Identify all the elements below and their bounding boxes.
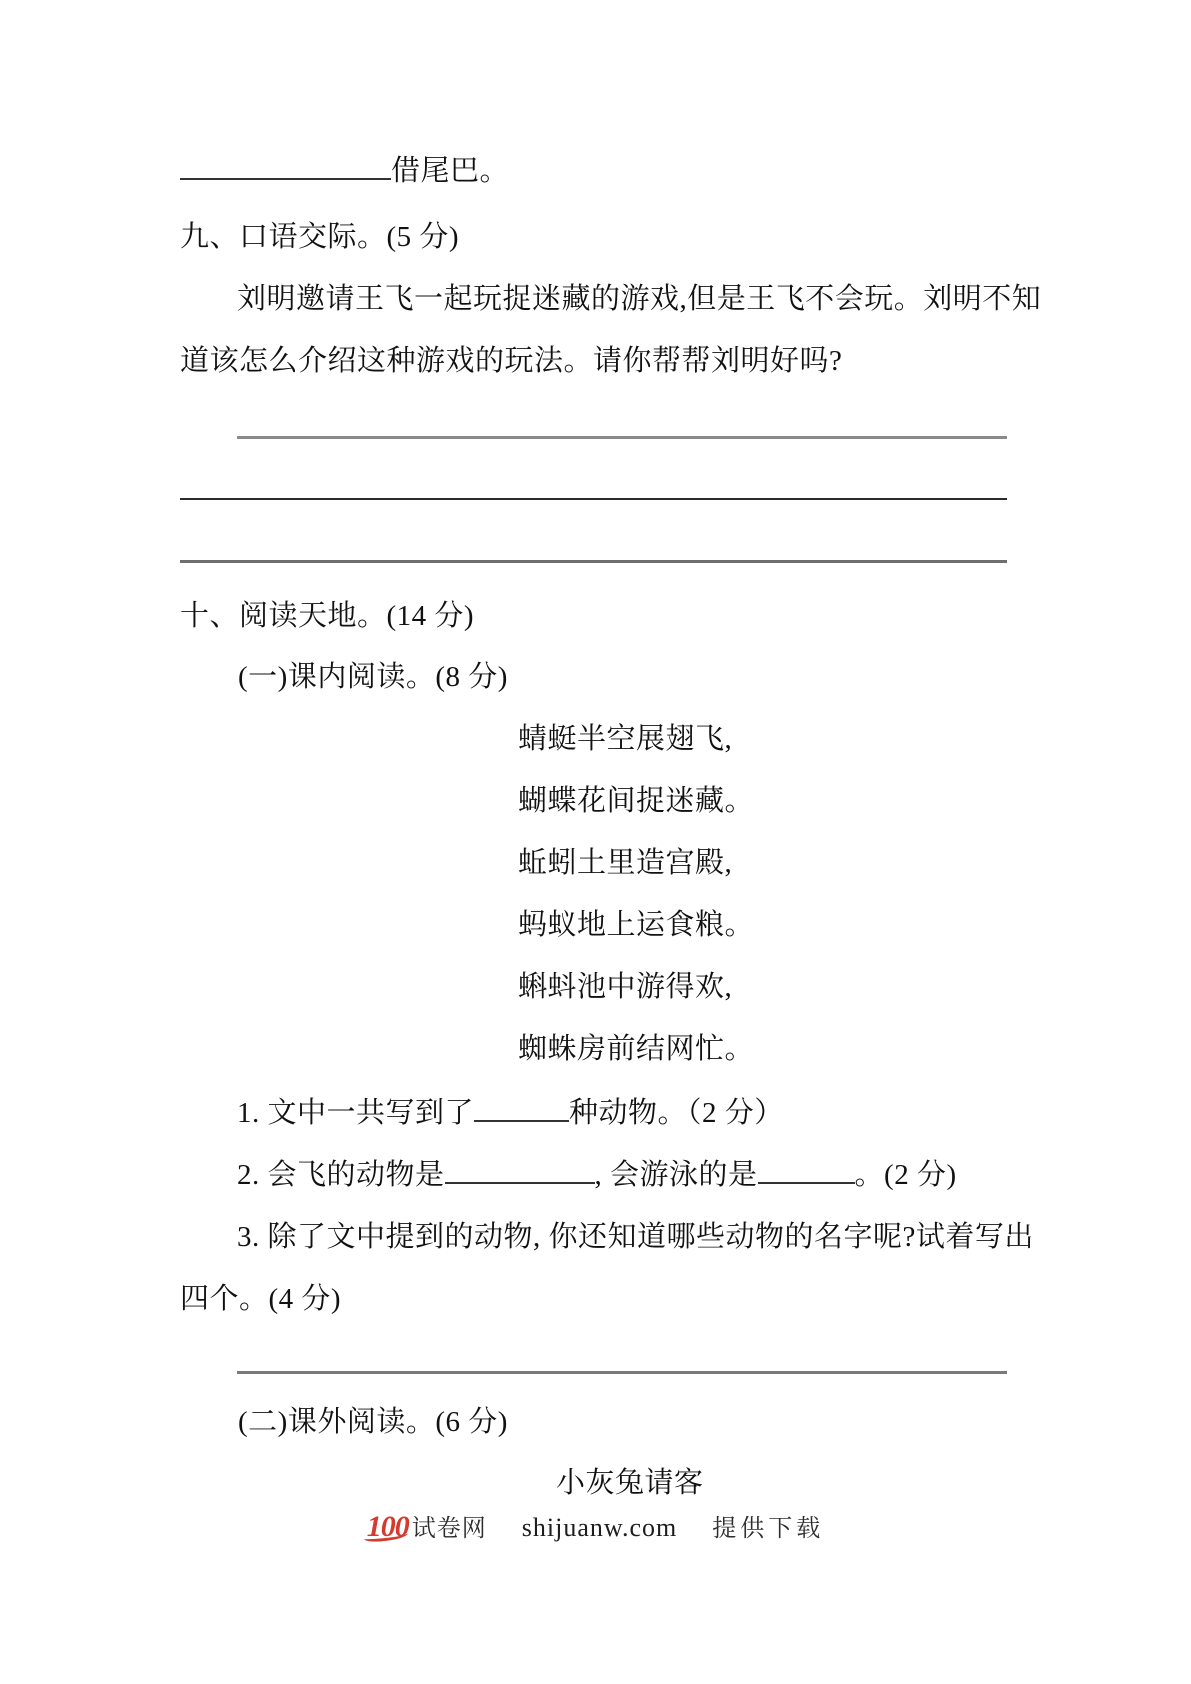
question-2-post: 。(2 分)	[855, 1159, 957, 1191]
footer-site-url: shijuanw.com	[522, 1513, 677, 1543]
question-1-pre: 1. 文中一共写到了	[237, 1097, 474, 1129]
answer-rule-4	[237, 1371, 1007, 1374]
poem-line: 蜻蜓半空展翅飞,	[518, 720, 732, 758]
question-2-pre: 2. 会飞的动物是	[237, 1159, 445, 1191]
poem-line: 蚯蚓土里造宫殿,	[518, 844, 732, 882]
page-footer: 100 试卷网 shijuanw.com 提供下载	[0, 1508, 1191, 1544]
fill-blank-line: 借尾巴。	[180, 152, 509, 190]
site-logo: 100 试卷网	[367, 1508, 487, 1544]
logo-100-icon: 100	[367, 1510, 412, 1544]
question-1: 1. 文中一共写到了种动物。（2 分）	[237, 1094, 784, 1132]
poem-line: 蝴蝶花间捉迷藏。	[518, 782, 754, 820]
passage-title: 小灰兔请客	[556, 1464, 704, 1502]
answer-rule-1	[237, 436, 1007, 439]
answer-rule-2	[180, 498, 1007, 500]
question-1-post: 种动物。（2 分）	[569, 1097, 784, 1129]
section-heading-9: 九、口语交际。(5 分)	[180, 218, 459, 256]
section-heading-10: 十、阅读天地。(14 分)	[180, 597, 474, 635]
paragraph-line-1: 刘明邀请王飞一起玩捉迷藏的游戏,但是王飞不会玩。刘明不知	[237, 280, 1041, 318]
answer-blank	[180, 158, 391, 180]
poem-line: 蝌蚪池中游得欢,	[518, 968, 732, 1006]
poem-line: 蚂蚁地上运食粮。	[518, 906, 754, 944]
answer-blank	[758, 1162, 855, 1184]
question-2: 2. 会飞的动物是, 会游泳的是。(2 分)	[237, 1156, 957, 1194]
fill-blank-text: 借尾巴。	[391, 155, 509, 187]
answer-rule-3	[180, 560, 1007, 563]
paragraph-line-2: 道该怎么介绍这种游戏的玩法。请你帮帮刘明好吗?	[180, 342, 842, 380]
logo-text: 试卷网	[412, 1508, 487, 1543]
answer-blank	[445, 1162, 595, 1184]
subsection-reading-2: (二)课外阅读。(6 分)	[238, 1403, 508, 1441]
poem-line: 蜘蛛房前结网忙。	[518, 1030, 754, 1068]
question-3-line-2: 四个。(4 分)	[180, 1280, 341, 1318]
exam-paper-page: 借尾巴。 九、口语交际。(5 分) 刘明邀请王飞一起玩捉迷藏的游戏,但是王飞不会…	[0, 0, 1191, 1684]
footer-download-note: 提供下载	[712, 1508, 824, 1543]
subsection-reading-1: (一)课内阅读。(8 分)	[238, 658, 508, 696]
question-3-line-1: 3. 除了文中提到的动物, 你还知道哪些动物的名字呢?试着写出	[237, 1218, 1034, 1256]
answer-blank	[474, 1100, 569, 1122]
question-2-mid: , 会游泳的是	[595, 1159, 758, 1191]
